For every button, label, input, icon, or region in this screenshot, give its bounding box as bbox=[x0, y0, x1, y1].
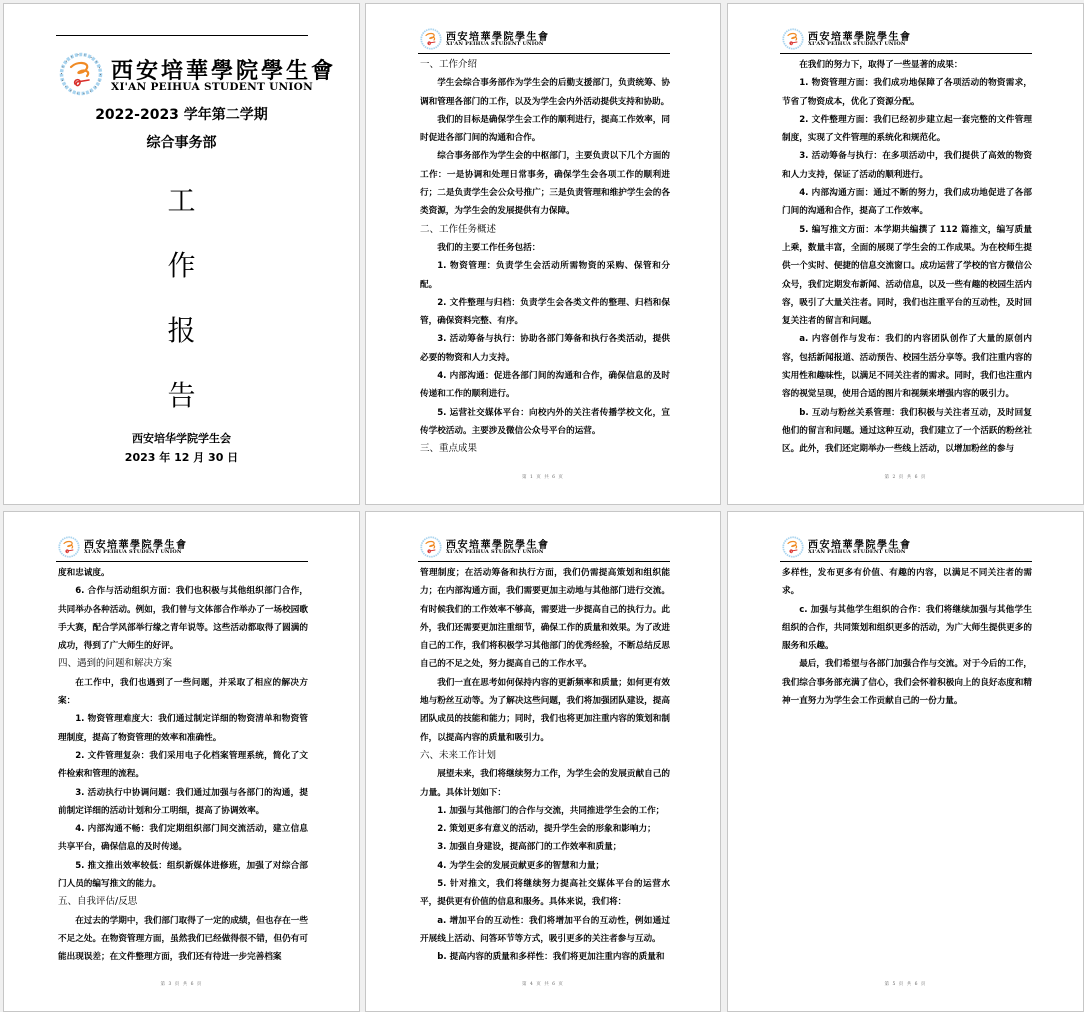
student-union-logo: 西安培華學院學生會 XI'AN PEIHUA STUDENT UNION bbox=[59, 52, 309, 98]
cover-title-char: 工 bbox=[4, 179, 359, 219]
paragraph: 管理制度；在活动筹备和执行方面，我们仍需提高策划和组织能力；在内部沟通方面，我们… bbox=[420, 564, 670, 674]
paragraph: 1. 加强与其他部门的合作与交流，共同推进学生会的工作； bbox=[420, 802, 670, 820]
paragraph: 多样性，发布更多有价值、有趣的内容，以满足不同关注者的需求。 bbox=[782, 564, 1032, 601]
paragraph: 我们的目标是确保学生会工作的顺利进行，提高工作效率，同时促进各部门间的沟通和合作… bbox=[420, 111, 670, 148]
cover-department: 综合事务部 bbox=[4, 132, 359, 152]
paragraph: a. 内容创作与发布：我们的内容团队创作了大量的原创内容，包括新闻报道、活动预告… bbox=[782, 330, 1032, 403]
paragraph: 1. 物资管理方面：我们成功地保障了各项活动的物资需求，节省了物资成本，优化了资… bbox=[782, 74, 1032, 111]
paragraph: 6. 合作与活动组织方面：我们也积极与其他组织部门合作，共同举办各种活动。例如，… bbox=[58, 582, 308, 655]
cover-term: 2022-2023 学年第二学期 bbox=[4, 104, 359, 124]
paragraph: 在过去的学期中，我们部门取得了一定的成绩，但也存在一些不足之处。在物资管理方面，… bbox=[58, 912, 308, 967]
paragraph: 5. 编写推文方面：本学期共编撰了 112 篇推文，编写质量上乘，数量丰富，全面… bbox=[782, 221, 1032, 331]
paragraph: 度和忠诚度。 bbox=[58, 564, 308, 582]
paragraph: 学生会综合事务部作为学生会的后勤支援部门，负责统筹、协调和管理各部门的工作，以及… bbox=[420, 74, 670, 111]
page-body: 在我们的努力下，取得了一些显著的成果：1. 物资管理方面：我们成功地保障了各项活… bbox=[782, 56, 1032, 459]
page-header: 西安培華學院學生會 XI'AN PEIHUA STUDENT UNION bbox=[780, 535, 1032, 562]
logo-seal-icon bbox=[420, 536, 442, 558]
page-5: 西安培華學院學生會 XI'AN PEIHUA STUDENT UNION 管理制… bbox=[365, 511, 721, 1012]
paragraph: 最后，我们希望与各部门加强合作与交流。对于今后的工作，我们综合事务部充满了信心，… bbox=[782, 655, 1032, 710]
page-number-footer: 第 2 页 共 6 页 bbox=[728, 474, 1083, 480]
logo-seal-icon bbox=[782, 28, 804, 50]
paragraph: 在我们的努力下，取得了一些显著的成果： bbox=[782, 56, 1032, 74]
page-3: 西安培華學院學生會 XI'AN PEIHUA STUDENT UNION 在我们… bbox=[727, 3, 1084, 505]
page-header: 西安培華學院學生會 XI'AN PEIHUA STUDENT UNION bbox=[780, 27, 1032, 54]
logo-seal-icon bbox=[782, 536, 804, 558]
header-rule bbox=[56, 35, 308, 36]
header-logo-english: XI'AN PEIHUA STUDENT UNION bbox=[446, 549, 544, 555]
paragraph: 2. 文件整理与归档：负责学生会各类文件的整理、归档和保管，确保资料完整、有序。 bbox=[420, 294, 670, 331]
header-logo-english: XI'AN PEIHUA STUDENT UNION bbox=[446, 41, 544, 47]
header-logo-english: XI'AN PEIHUA STUDENT UNION bbox=[808, 549, 906, 555]
paragraph: 3. 加强自身建设，提高部门的工作效率和质量； bbox=[420, 838, 670, 856]
page-header: 西安培華學院學生會 XI'AN PEIHUA STUDENT UNION bbox=[418, 535, 670, 562]
page-body: 多样性，发布更多有价值、有趣的内容，以满足不同关注者的需求。c. 加强与其他学生… bbox=[782, 564, 1032, 710]
paragraph: 2. 文件管理复杂：我们采用电子化档案管理系统，简化了文件检索和管理的流程。 bbox=[58, 747, 308, 784]
section-heading: 四、遇到的问题和解决方案 bbox=[58, 655, 308, 673]
cover-date: 2023 年 12 月 30 日 bbox=[4, 449, 359, 465]
paragraph: b. 提高内容的质量和多样性：我们将更加注重内容的质量和 bbox=[420, 948, 670, 966]
paragraph: 5. 针对推文，我们将继续努力提高社交媒体平台的运营水平，提供更有价值的信息和服… bbox=[420, 875, 670, 912]
page-body: 管理制度；在活动筹备和执行方面，我们仍需提高策划和组织能力；在内部沟通方面，我们… bbox=[420, 564, 670, 967]
paragraph: c. 加强与其他学生组织的合作：我们将继续加强与其他学生组织的合作，共同策划和组… bbox=[782, 601, 1032, 656]
paragraph: 展望未来，我们将继续努力工作，为学生会的发展贡献自己的力量。具体计划如下： bbox=[420, 765, 670, 802]
page-2: 西安培華學院學生會 XI'AN PEIHUA STUDENT UNION 一、工… bbox=[365, 3, 721, 505]
paragraph: 2. 文件整理方面：我们已经初步建立起一套完整的文件管理制度，实现了文件管理的系… bbox=[782, 111, 1032, 148]
cover-title-char: 告 bbox=[4, 374, 359, 414]
page-number-footer: 第 4 页 共 6 页 bbox=[366, 981, 720, 987]
section-heading: 五、自我评估/反思 bbox=[58, 893, 308, 911]
cover-title-char: 报 bbox=[4, 309, 359, 349]
page-4: 西安培華學院學生會 XI'AN PEIHUA STUDENT UNION 度和忠… bbox=[3, 511, 360, 1012]
logo-seal-icon bbox=[420, 28, 442, 50]
paragraph: 4. 内部沟通：促进各部门间的沟通和合作，确保信息的及时传递和工作的顺利进行。 bbox=[420, 367, 670, 404]
paragraph: 5. 运营社交媒体平台：向校内外的关注者传播学校文化，宣传学校活动。主要涉及微信… bbox=[420, 404, 670, 441]
paragraph: a. 增加平台的互动性：我们将增加平台的互动性，例如通过开展线上活动、问答环节等… bbox=[420, 912, 670, 949]
paragraph: b. 互动与粉丝关系管理：我们积极与关注者互动，及时回复他们的留言和问题。通过这… bbox=[782, 404, 1032, 459]
paragraph: 4. 内部沟通方面：通过不断的努力，我们成功地促进了各部门间的沟通和合作，提高了… bbox=[782, 184, 1032, 221]
paragraph: 4. 为学生会的发展贡献更多的智慧和力量； bbox=[420, 857, 670, 875]
paragraph: 2. 策划更多有意义的活动，提升学生会的形象和影响力； bbox=[420, 820, 670, 838]
section-heading: 一、工作介绍 bbox=[420, 56, 670, 74]
paragraph: 1. 物资管理难度大：我们通过制定详细的物资清单和物资管理制度，提高了物资管理的… bbox=[58, 710, 308, 747]
paragraph: 5. 推文推出效率较低：组织新媒体进修班，加强了对综合部门人员的编写推文的能力。 bbox=[58, 857, 308, 894]
logo-english-name: XI'AN PEIHUA STUDENT UNION bbox=[111, 81, 313, 93]
paragraph: 3. 活动执行中协调问题：我们通过加强与各部门的沟通，提前制定详细的活动计划和分… bbox=[58, 784, 308, 821]
page-number-footer: 第 5 页 共 6 页 bbox=[728, 981, 1083, 987]
paragraph: 3. 活动筹备与执行：在多项活动中，我们提供了高效的物资和人力支持，保证了活动的… bbox=[782, 147, 1032, 184]
page-6: 西安培華學院學生會 XI'AN PEIHUA STUDENT UNION 多样性… bbox=[727, 511, 1084, 1012]
section-heading: 三、重点成果 bbox=[420, 440, 670, 458]
logo-seal-icon bbox=[58, 536, 80, 558]
page-header: 西安培華學院學生會 XI'AN PEIHUA STUDENT UNION bbox=[418, 27, 670, 54]
paragraph: 4. 内部沟通不畅：我们定期组织部门间交流活动，建立信息共享平台，确保信息的及时… bbox=[58, 820, 308, 857]
paragraph: 我们一直在思考如何保持内容的更新频率和质量；如何更有效地与粉丝互动等。为了解决这… bbox=[420, 674, 670, 747]
page-cover: 西安培華學院學生會 XI'AN PEIHUA STUDENT UNION 202… bbox=[3, 3, 360, 505]
paragraph: 1. 物资管理：负责学生会活动所需物资的采购、保管和分配。 bbox=[420, 257, 670, 294]
cover-organization: 西安培华学院学生会 bbox=[4, 430, 359, 446]
page-body: 一、工作介绍学生会综合事务部作为学生会的后勤支援部门，负责统筹、协调和管理各部门… bbox=[420, 56, 670, 459]
section-heading: 六、未来工作计划 bbox=[420, 747, 670, 765]
page-body: 度和忠诚度。6. 合作与活动组织方面：我们也积极与其他组织部门合作，共同举办各种… bbox=[58, 564, 308, 967]
page-number-footer: 第 1 页 共 6 页 bbox=[366, 474, 720, 480]
page-number-footer: 第 3 页 共 6 页 bbox=[4, 981, 359, 987]
paragraph: 在工作中，我们也遇到了一些问题，并采取了相应的解决方案： bbox=[58, 674, 308, 711]
header-logo-english: XI'AN PEIHUA STUDENT UNION bbox=[84, 549, 182, 555]
section-heading: 二、工作任务概述 bbox=[420, 221, 670, 239]
page-header: 西安培華學院學生會 XI'AN PEIHUA STUDENT UNION bbox=[56, 535, 308, 562]
paragraph: 我们的主要工作任务包括： bbox=[420, 239, 670, 257]
cover-title-char: 作 bbox=[4, 244, 359, 284]
paragraph: 3. 活动筹备与执行：协助各部门筹备和执行各类活动，提供必要的物资和人力支持。 bbox=[420, 330, 670, 367]
paragraph: 综合事务部作为学生会的中枢部门，主要负责以下几个方面的工作：一是协调和处理日常事… bbox=[420, 147, 670, 220]
logo-seal-icon bbox=[59, 52, 103, 96]
header-logo-english: XI'AN PEIHUA STUDENT UNION bbox=[808, 41, 906, 47]
